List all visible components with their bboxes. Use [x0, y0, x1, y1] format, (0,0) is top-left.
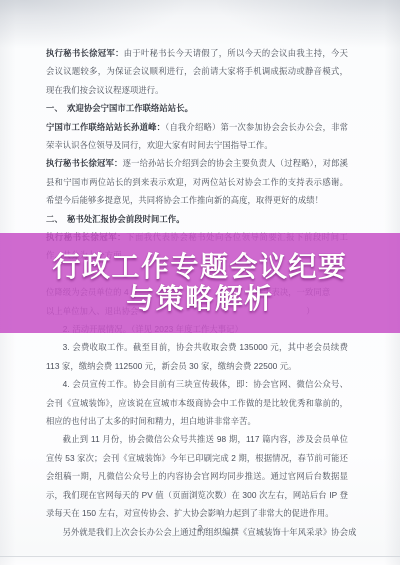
- membership-fee-paragraph: 3. 会费收取工作。截至目前，协会共收取会费 135000 元，其中老会员续费 …: [46, 338, 348, 375]
- section-2-heading: 二、 秘书处汇报协会前段时间工作。: [46, 210, 348, 228]
- document-photo: 执行秘书长徐冠军：由于叶秘书长今天请假了，所以今天的会议由我主持，今天会议议题较…: [0, 0, 400, 565]
- publicity-stats-paragraph: 截止到 11 月份，协会微信公众号共推送 98 期，117 篇内容，涉及会员单位…: [46, 430, 348, 522]
- overlay-title-line2: 与策略解析: [126, 283, 274, 314]
- overlay-title-line1: 行政工作专题会议纪要: [52, 251, 347, 282]
- section-1-heading: 一、 欢迎协会宁国市工作联络站站长。: [46, 99, 348, 117]
- title-overlay-banner: 行政工作专题会议纪要 与策略解析: [0, 233, 400, 333]
- overlay-title: 行政工作专题会议纪要 与策略解析: [52, 251, 347, 315]
- speaker-name: 执行秘书长徐冠军：: [46, 48, 124, 58]
- page-number: - 2 -: [0, 524, 400, 533]
- publicity-channels-paragraph: 4. 会员宣传工作。协会目前有三块宣传载体，即：协会官网、微信公众号、会刊《宣城…: [46, 375, 348, 430]
- welcome-thanks-paragraph: 执行秘书长徐冠军：逐一给孙站长介绍到会的协会主要负责人（过程略），对郎溪县和宁国…: [46, 154, 348, 209]
- speaker-name: 执行秘书长徐冠军：: [46, 158, 123, 168]
- station-chief-intro-paragraph: 宁国市工作联络站站长孙道峰：（自我介绍略）第一次参加协会会长办公会，非常荣幸认识…: [46, 118, 348, 155]
- opening-remarks-paragraph: 执行秘书长徐冠军：由于叶秘书长今天请假了，所以今天的会议由我主持，今天会议议题较…: [46, 44, 348, 99]
- paper-bottom-edge: [0, 556, 400, 557]
- speaker-name: 宁国市工作联络站站长孙道峰：: [46, 122, 165, 132]
